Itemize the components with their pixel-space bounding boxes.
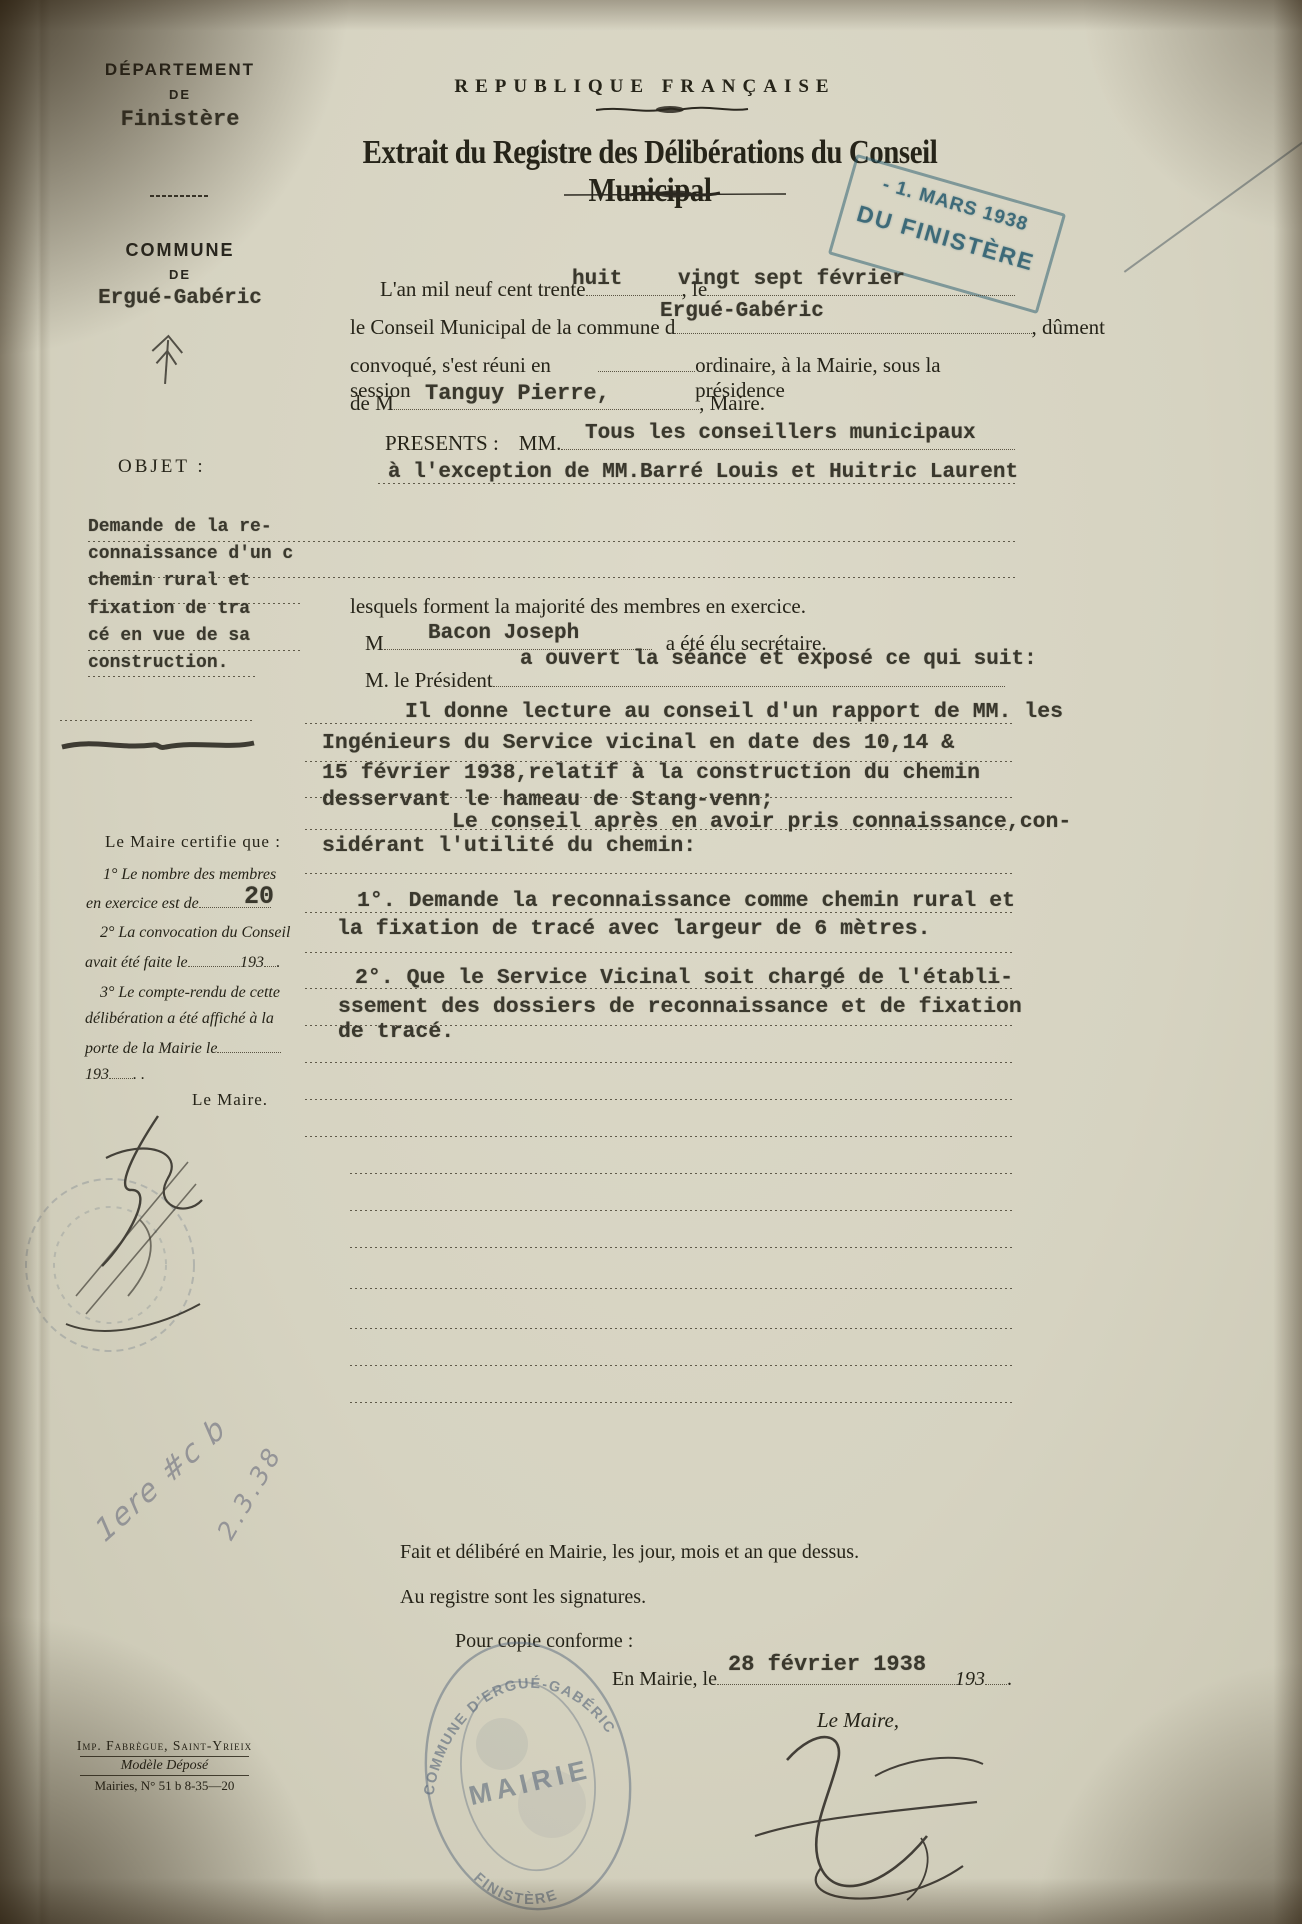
certify-item2-line1: 2° La convocation du Conseil	[100, 924, 290, 942]
typed-commune-name: Ergué-Gabéric	[660, 300, 824, 323]
resolution1-line: 1°. Demande la reconnaissance comme chem…	[357, 889, 1015, 913]
ink-squiggle	[58, 733, 258, 759]
objet-line: Demande de la re-	[88, 514, 318, 541]
maire-signature-right	[725, 1718, 1010, 1918]
hand-arrow-mark-icon	[142, 326, 192, 388]
ruled-line	[305, 1136, 1015, 1137]
certify-item3-dots: . .	[133, 1066, 145, 1084]
typed-presents: Tous les conseillers municipaux	[585, 422, 976, 445]
certify-item1-line2: en exercice est de	[86, 895, 199, 913]
objet-text: Demande de la re- connaissance d'un c ch…	[88, 514, 318, 677]
resolution1-line: la fixation de tracé avec largeur de 6 m…	[337, 917, 931, 941]
document-page: DÉPARTEMENT DE Finistère COMMUNE DE Ergu…	[0, 0, 1302, 1924]
typed-session-date: vingt sept février	[678, 268, 905, 291]
certify-item3-line3: porte de la Mairie le	[85, 1040, 217, 1058]
form-line7: lesquels forment la majorité des membres…	[350, 594, 806, 619]
blank-slot	[109, 1062, 133, 1079]
stamp-bottom-arc-text: FINISTÈRE	[470, 1870, 560, 1908]
objet-line: connaissance d'un c	[88, 541, 318, 568]
en-mairie-year: 193	[955, 1668, 985, 1691]
departement-label: DÉPARTEMENT	[75, 60, 285, 80]
certify-item2-year: 193	[240, 954, 264, 972]
objet-line: construction.	[88, 650, 318, 677]
presents-mm: MM.	[519, 431, 562, 456]
resolution2-line: 2°. Que le Service Vicinal soit chargé d…	[355, 966, 1013, 990]
divider	[150, 195, 208, 197]
objet-line: fixation de tra	[88, 596, 318, 623]
objet-label: OBJET :	[118, 456, 206, 478]
deliberation-line: sidérant l'utilité du chemin:	[322, 834, 696, 858]
commune-value: Ergué-Gabéric	[75, 287, 285, 310]
commune-label: COMMUNE	[75, 240, 285, 261]
imprint-line2: Modèle Déposé	[80, 1756, 249, 1776]
printer-imprint: Imp. Fabrègue, Saint-Yrieix Modèle Dépos…	[62, 1738, 267, 1794]
ruled-line	[60, 720, 255, 721]
deliberation-line: Ingénieurs du Service vicinal en date de…	[322, 731, 954, 755]
stamp-edge-line	[1124, 121, 1302, 273]
deliberation-line: desservant le hameau de Stang-venn;	[322, 788, 774, 812]
typed-secretary-name: Bacon Joseph	[428, 622, 579, 645]
ruled-line	[305, 952, 1015, 953]
ruled-line	[350, 1328, 1015, 1329]
form-line8-m: M	[365, 631, 384, 656]
objet-line: chemin rural et	[88, 568, 318, 595]
ruled-line	[350, 1247, 1015, 1248]
closing-line1: Fait et délibéré en Mairie, les jour, mo…	[400, 1541, 859, 1564]
deliberation-line: 15 février 1938,relatif à la constructio…	[322, 761, 980, 785]
imprint-line1: Imp. Fabrègue, Saint-Yrieix	[62, 1738, 267, 1754]
typed-closing-date: 28 février 1938	[728, 1652, 926, 1677]
certify-item3-line1: 3° Le compte-rendu de cette	[100, 984, 280, 1002]
form-line2-printed: le Conseil Municipal de la commune d	[350, 315, 675, 340]
form-line4-printed: de M	[350, 391, 394, 416]
resolution2-line: de tracé.	[338, 1020, 454, 1044]
ruled-line	[305, 1062, 1015, 1063]
blank-slot	[217, 1036, 281, 1053]
members-count-typed: 20	[244, 882, 274, 911]
flourish-divider-icon	[592, 102, 752, 116]
certify-item3-line2: délibération a été affiché à la	[85, 1010, 274, 1028]
commune-de: DE	[75, 267, 285, 282]
ruled-line	[305, 1099, 1015, 1100]
commune-block: COMMUNE DE Ergué-Gabéric	[75, 240, 285, 310]
mairie-round-stamp: COMMUNE D'ERGUÉ-GABÉRIC MAIRIE FINISTÈRE	[402, 1624, 654, 1924]
ruled-line	[350, 1365, 1015, 1366]
ruled-line	[350, 1210, 1015, 1211]
ruled-line	[305, 873, 1015, 874]
blank-slot	[493, 670, 1005, 687]
en-mairie-dot: .	[1007, 1668, 1012, 1691]
typed-maire-name: Tanguy Pierre,	[425, 381, 610, 406]
form-line4-suffix: , Maire.	[699, 391, 765, 416]
form-line9-printed: M. le Président	[365, 668, 493, 693]
resolution2-line: ssement des dossiers de reconnaissance e…	[338, 995, 1022, 1019]
deliberation-line: Le conseil après en avoir pris connaissa…	[452, 810, 1071, 834]
imprint-line3: Mairies, N° 51 b 8-35—20	[62, 1778, 267, 1794]
ruled-line	[350, 1402, 1015, 1403]
objet-line: cé en vue de sa	[88, 623, 318, 650]
certify-item2-line2: avait été faite le	[85, 954, 188, 972]
svg-text:FINISTÈRE: FINISTÈRE	[470, 1870, 560, 1908]
blank-slot	[188, 950, 240, 967]
pencil-note-2: 2.3.38	[211, 1440, 288, 1544]
presents-label: PRESENTS :	[385, 431, 499, 456]
ruled-line	[350, 1173, 1015, 1174]
departement-de: DE	[75, 87, 285, 102]
flourish-under-title-icon	[560, 186, 790, 202]
deliberation-line: Il donne lecture au conseil d'un rapport…	[405, 700, 1063, 724]
form-line1-printed: L'an mil neuf cent trente	[380, 277, 586, 302]
closing-line2: Au registre sont les signatures.	[400, 1586, 646, 1609]
republique-heading: REPUBLIQUE FRANÇAISE	[365, 76, 925, 98]
ruled-line	[350, 1288, 1015, 1289]
departement-value: Finistère	[75, 107, 285, 132]
maire-signature-left	[10, 1100, 245, 1355]
form-line2-suffix: , dûment	[1032, 315, 1106, 340]
departement-block: DÉPARTEMENT DE Finistère	[75, 60, 285, 132]
certify-intro: Le Maire certifie que :	[105, 832, 281, 852]
certify-item3-year: 193	[85, 1066, 109, 1084]
typed-year: huit	[572, 268, 622, 291]
blank-slot	[985, 1668, 1007, 1685]
typed-exceptions: à l'exception de MM.Barré Louis et Huitr…	[388, 461, 1018, 484]
blank-slot	[264, 950, 276, 967]
blank-slot	[598, 355, 695, 372]
